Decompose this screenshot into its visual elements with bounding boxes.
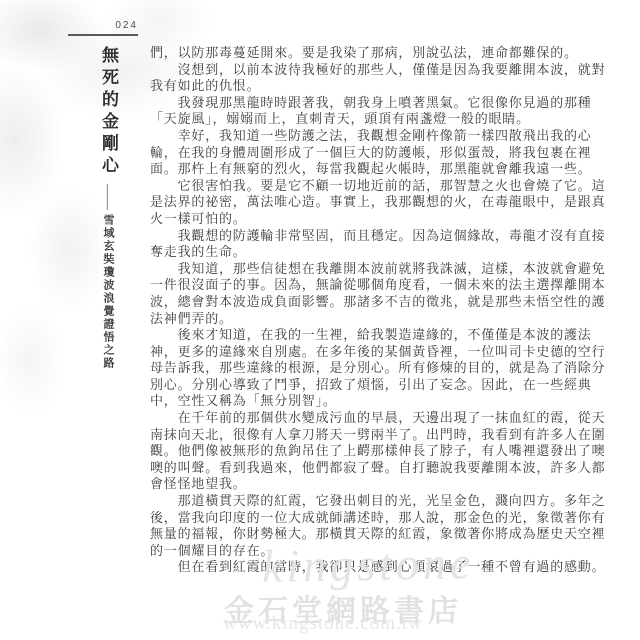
book-title-column: 無死的金剛心——雪域玄奘瓊波浪覺證悟之路 <box>96 46 121 376</box>
text-line: 會怪怪地望我。 <box>150 476 598 493</box>
text-line: 後來才知道，在我的一生裡，給我製造違緣的，不僅僅是本波的護法 <box>150 327 598 344</box>
folio-rule <box>68 34 138 36</box>
watermark-url: www.kingstone.com.tw <box>223 613 423 635</box>
book-title: 無死的金剛心 <box>96 46 121 178</box>
page-number: 024 <box>96 20 138 31</box>
text-line: 神，更多的違緣來自別處。在多年後的某個黃昏裡，一位叫司卡史德的空行 <box>150 344 598 361</box>
text-line: 沒想到，以前本波待我極好的那些人，僅僅是因為我要離開本波，就對 <box>150 62 598 79</box>
text-line: 是法界的祕密，萬法唯心造。事實上，我那觀想的火，在毒龍眼中，是跟真 <box>150 194 598 211</box>
text-line: 我知道，那些信徒想在我離開本波前就將我誅滅，這樣，本波就會避免 <box>150 261 598 278</box>
text-line: 奪走我的生命。 <box>150 244 598 261</box>
text-line: 的一個耀目的存在。 <box>150 543 598 560</box>
text-line: 法神們弄的。 <box>150 311 598 328</box>
text-line: 我觀想的防護輪非常堅固，而且穩定。因為這個緣故，毒龍才沒有直接 <box>150 228 598 245</box>
body-text: 們，以防那毒蔓延開來。要是我染了那病，別說弘法，連命都難保的。 沒想到，以前本波… <box>150 45 598 576</box>
watermark-store-name: 金石堂網路書店 <box>224 586 462 630</box>
text-line: 幸好，我知道一些防護之法，我觀想金剛杵像箭一樣四散飛出我的心 <box>150 128 598 145</box>
text-line: 我有如此的仇恨。 <box>150 78 598 95</box>
text-line: 那道橫貫天際的紅霞，它發出刺目的光，光呈金色，濺向四方。多年之 <box>150 493 598 510</box>
text-line: 們，以防那毒蔓延開來。要是我染了那病，別說弘法，連命都難保的。 <box>150 45 598 62</box>
text-line: 南抹向天北，很像有人拿刀將天一劈兩半了。出門時，我看到有許多人在圍 <box>150 427 598 444</box>
text-line: 噢的叫聲。看到我過來，他們都寂了聲。自打聽說我要離開本波，許多人都 <box>150 460 598 477</box>
text-line: 中，空性又稱為「無分別智」。 <box>150 393 598 410</box>
text-line: 「天旋風」，嫋嫋而上，直刺青天，頭頂有兩盞燈一般的眼睛。 <box>150 111 598 128</box>
text-line: 但在看到紅霞的當時，我卻只是感到心頭滾過了一種不曾有過的感動。 <box>150 559 598 576</box>
text-line: 它很害怕我。要是它不顧一切地近前的話，那智慧之火也會燒了它。這 <box>150 178 598 195</box>
text-line: 火一樣可怕的。 <box>150 211 598 228</box>
book-subtitle: 雪域玄奘瓊波浪覺證悟之路 <box>100 214 116 370</box>
text-line: 無量的福報，你財勢極大。那橫貫天際的紅霞，象徵著你將成為歷史天空裡 <box>150 526 598 543</box>
text-line: 一件很沒面子的事。因為，無論從哪個角度看，一個未來的法主選擇離開本 <box>150 277 598 294</box>
text-line: 觀。他們像被無形的魚鉤吊住了上齶那樣伸長了脖子，有人嘴裡還發出了噢 <box>150 443 598 460</box>
book-page: 024 無死的金剛心——雪域玄奘瓊波浪覺證悟之路 們，以防那毒蔓延開來。要是我染… <box>0 0 640 640</box>
text-line: 我發現那黑龍時時跟著我，朝我身上噴著黑氣。它很像你見過的那種 <box>150 95 598 112</box>
text-line: 面。那杵上有無窮的烈火，每當我觀起火帳時，那黑龍就會離我遠一些。 <box>150 161 598 178</box>
text-line: 輪，在我的身體周圍形成了一個巨大的防護帳，形似蛋殼，將我包裹在裡 <box>150 145 598 162</box>
text-line: 在千年前的那個供水變成污血的早晨，天邊出現了一抹血紅的霞，從天 <box>150 410 598 427</box>
title-dash: —— <box>100 184 116 210</box>
text-line: 後，當我向印度的一位大成就師講述時，那人說，那金色的光，象徵著你有 <box>150 510 598 527</box>
text-line: 母告訴我，那些違緣的根源，是分別心。所有修煉的目的，就是為了消除分 <box>150 360 598 377</box>
text-line: 別心。分別心導致了鬥爭，招致了煩惱，引出了妄念。因此，在一些經典 <box>150 377 598 394</box>
text-line: 波，總會對本波造成負面影響。那諸多不吉的徵兆，就是那些未悟空性的護 <box>150 294 598 311</box>
